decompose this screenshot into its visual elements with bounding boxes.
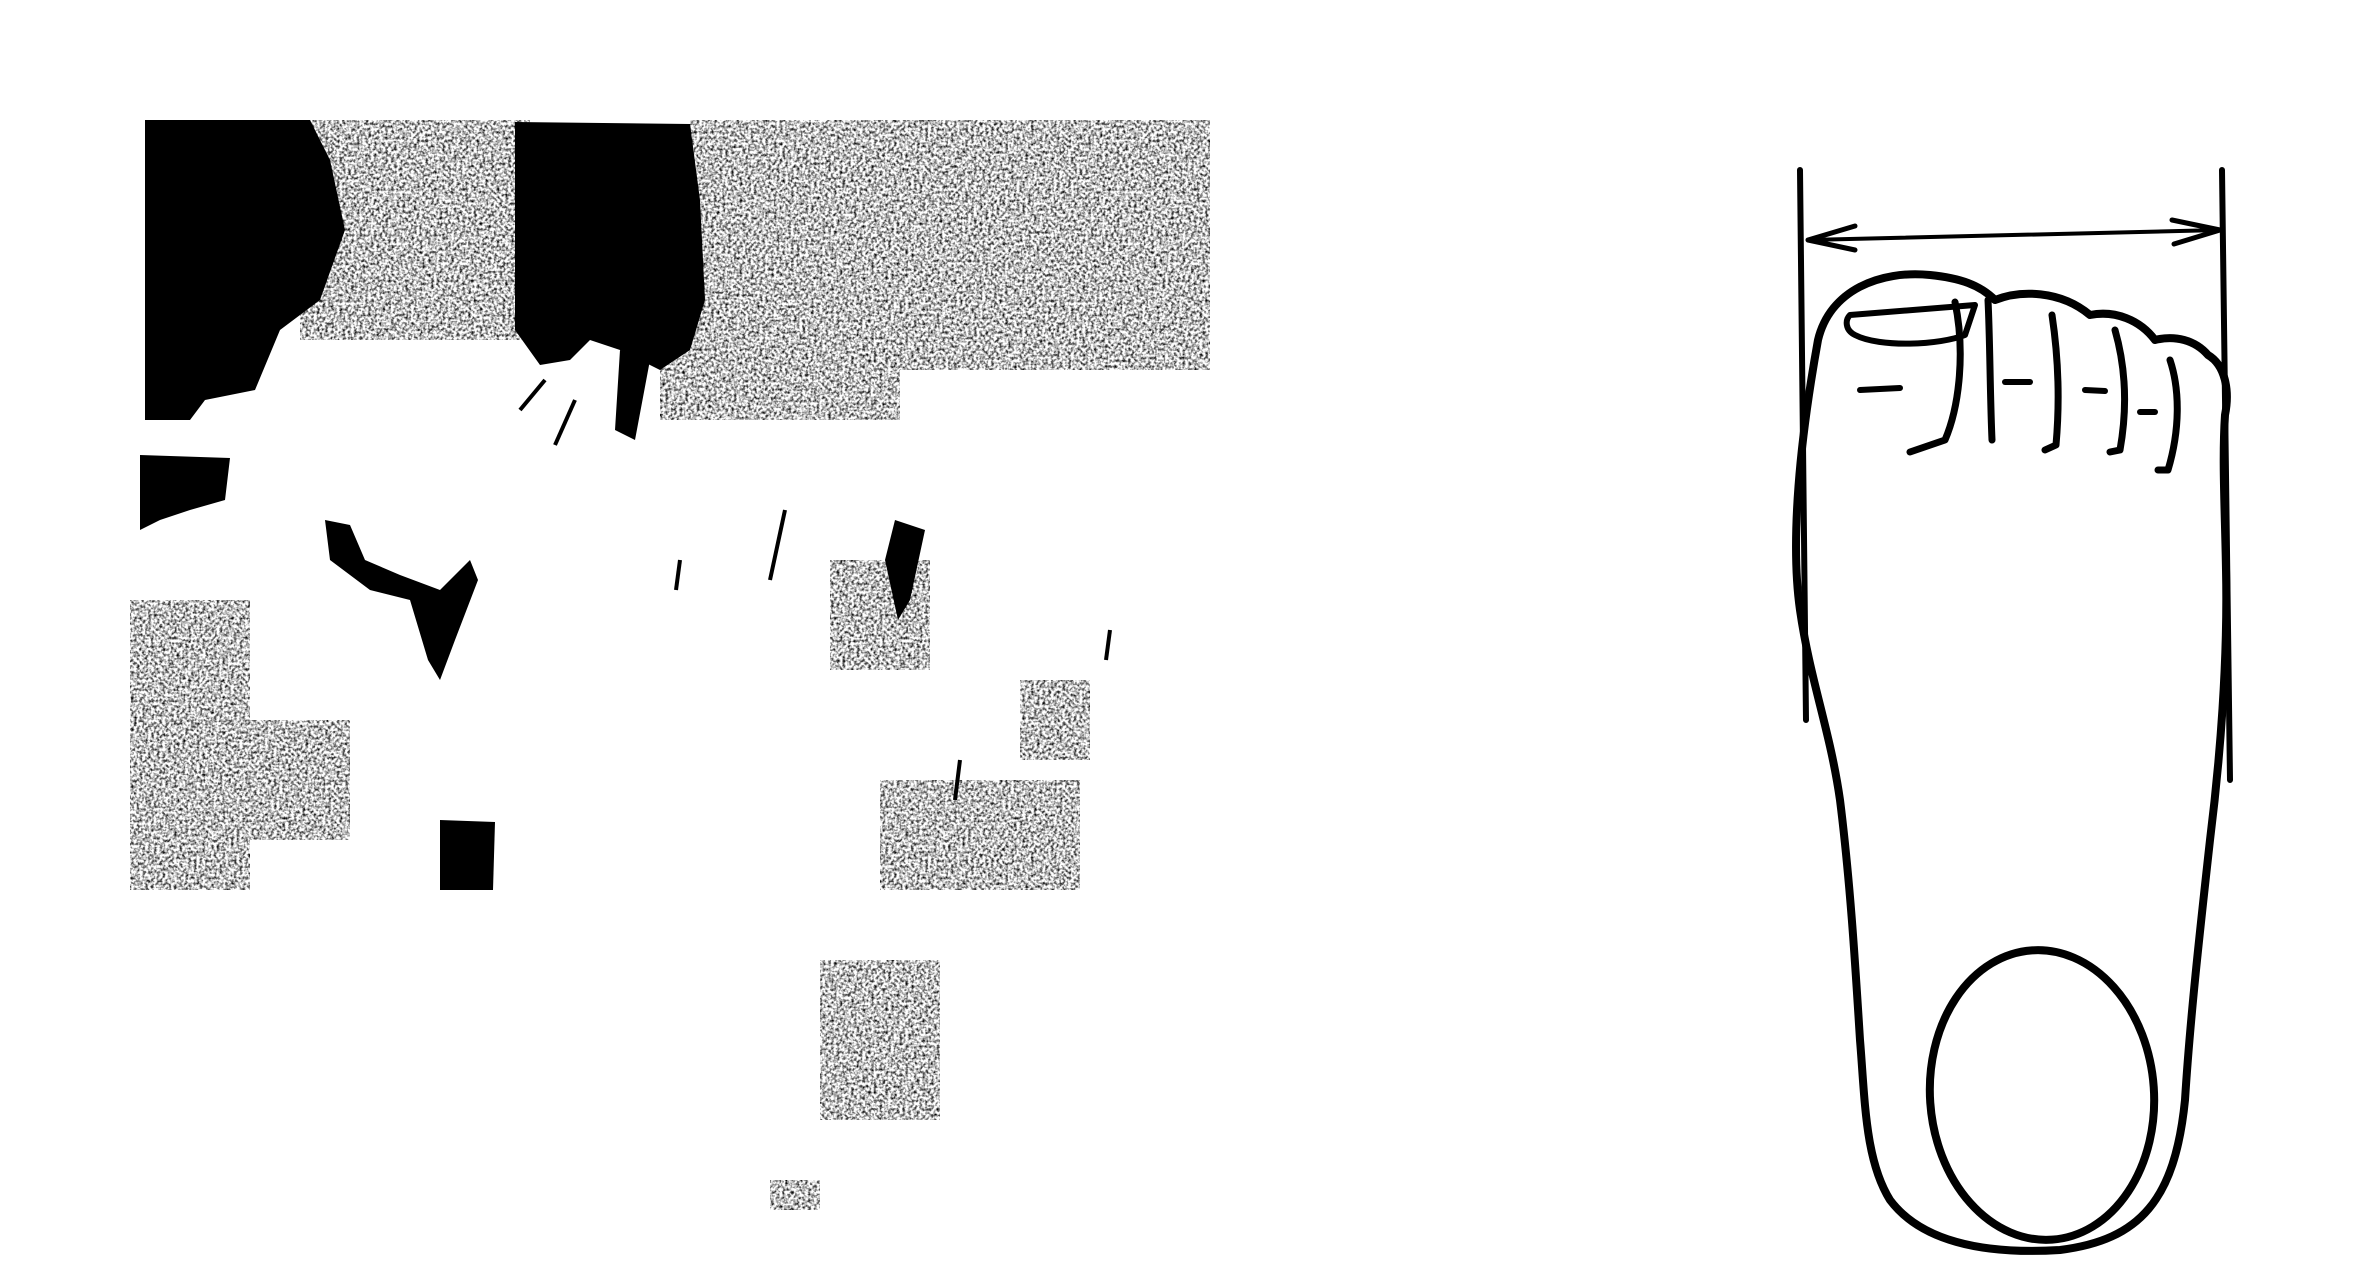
toe-line-2: [1988, 300, 1992, 440]
photo-halftone: [0, 0, 1300, 1280]
toe-line-4: [2110, 330, 2125, 452]
foot-outline-drawing: [1760, 140, 2280, 1280]
toe-line-5: [2158, 360, 2177, 470]
toe-line-3: [2045, 315, 2058, 450]
heel-oval: [1920, 943, 2164, 1248]
foot-measurement-photo: [0, 0, 1300, 1280]
foot-width-diagram: [1760, 140, 2280, 1280]
crease-1: [1860, 388, 1900, 390]
foot-outline: [1796, 274, 2227, 1251]
width-arrow: [1808, 230, 2220, 240]
toe-line-1: [1910, 302, 1960, 452]
crease-3: [2085, 390, 2105, 391]
